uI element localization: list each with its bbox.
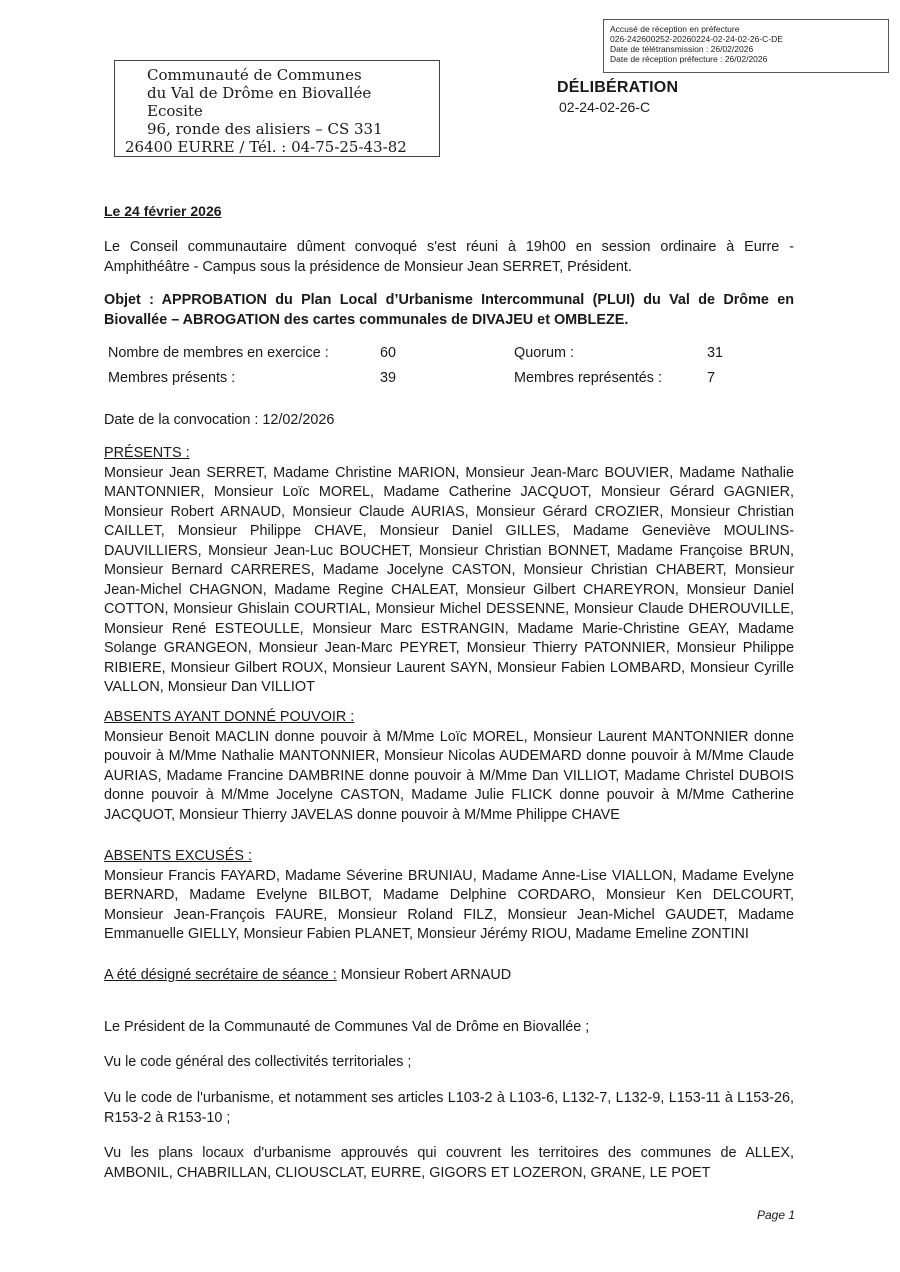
deliberation-number: 02-24-02-26-C [559,99,650,115]
secretary-label: A été désigné secrétaire de séance : [104,967,337,983]
org-city-phone: 26400 EURRE / Tél. : 04-75-25-43-82 [115,138,439,156]
body-president: Le Président de la Communauté de Commune… [104,1018,794,1038]
presents-section: PRÉSENTS : Monsieur Jean SERRET, Madame … [104,444,794,698]
body-cgct: Vu le code général des collectivités ter… [104,1053,794,1073]
represented-value: 7 [707,370,715,386]
excused-list: Monsieur Francis FAYARD, Madame Séverine… [104,867,794,945]
org-name-2: du Val de Drôme en Biovallée [115,84,439,102]
attendance-stats: Nombre de membres en exercice : 60 Quoru… [104,345,724,395]
secretary-name: Monsieur Robert ARNAUD [337,967,511,983]
excused-heading: ABSENTS EXCUSÉS : [104,847,794,867]
present-value: 39 [380,370,396,386]
org-site: Ecosite [115,102,439,120]
organization-address-box: Communauté de Communes du Val de Drôme e… [114,60,440,157]
meeting-intro: Le Conseil communautaire dûment convoqué… [104,238,794,277]
members-label: Nombre de membres en exercice : [108,345,329,361]
org-name: Communauté de Communes [115,66,439,84]
proxies-section: ABSENTS AYANT DONNÉ POUVOIR : Monsieur B… [104,708,794,825]
body-plu-approved: Vu les plans locaux d'urbanisme approuvé… [104,1144,794,1183]
convocation-date: Date de la convocation : 12/02/2026 [104,411,794,431]
present-label: Membres présents : [108,370,235,386]
deliberation-title: DÉLIBÉRATION [557,79,678,97]
quorum-label: Quorum : [514,345,574,361]
proxies-heading: ABSENTS AYANT DONNÉ POUVOIR : [104,708,794,728]
meeting-date: Le 24 février 2026 [104,203,222,219]
receipt-reception-date: Date de réception préfecture : 26/02/202… [610,54,888,64]
quorum-value: 31 [707,345,723,361]
excused-section: ABSENTS EXCUSÉS : Monsieur Francis FAYAR… [104,847,794,945]
proxies-list: Monsieur Benoit MACLIN donne pouvoir à M… [104,728,794,826]
presents-list: Monsieur Jean SERRET, Madame Christine M… [104,464,794,698]
members-value: 60 [380,345,396,361]
secretary-line: A été désigné secrétaire de séance : Mon… [104,966,794,986]
deliberation-object: Objet : APPROBATION du Plan Local d’Urba… [104,291,794,330]
org-street: 96, ronde des alisiers – CS 331 [115,120,439,138]
receipt-id: 026-242600252-20260224-02-24-02-26-C-DE [610,34,888,44]
receipt-line: Accusé de réception en préfecture [610,24,888,34]
receipt-transmission-date: Date de télétransmission : 26/02/2026 [610,44,888,54]
prefecture-receipt-stamp: Accusé de réception en préfecture 026-24… [603,19,889,73]
page-number: Page 1 [757,1208,795,1222]
presents-heading: PRÉSENTS : [104,444,794,464]
body-urbanism-code: Vu le code de l'urbanisme, et notamment … [104,1089,794,1128]
represented-label: Membres représentés : [514,370,662,386]
